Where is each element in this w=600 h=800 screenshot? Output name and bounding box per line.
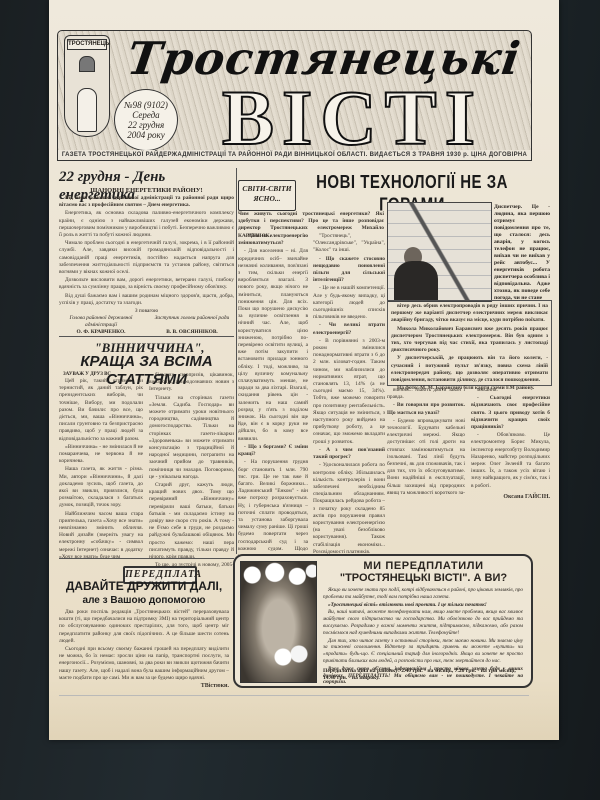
paragraph: Найближчим часом ваша стара приятелька, … bbox=[59, 511, 143, 561]
paragraph: - На порушення грудня борг становить 1 м… bbox=[238, 459, 308, 567]
flower-wreath bbox=[241, 562, 316, 588]
question: - Що скажете стосовно нещодавно поновлен… bbox=[313, 256, 385, 285]
crest-label: ТРОСТЯНЕЦЬ bbox=[67, 39, 107, 50]
photo-caption-box: вітер десь обрив електропроводів в ряду … bbox=[387, 300, 552, 386]
paragraph: «Вінниччина» - не змінилася й не помаран… bbox=[59, 444, 143, 466]
question: - А з чим пов'язаний такий прогрес? bbox=[313, 447, 385, 461]
subscription-headline-1: ДАВАЙТЕ ДРУЖИТИ ДАЛІ, bbox=[59, 580, 229, 593]
paragraph: Чимало проблем сьогодні в енергетичній г… bbox=[59, 240, 234, 276]
paragraph: Сьогодні при всьому своєму бажанні гроше… bbox=[59, 646, 229, 682]
subscription-body: Два роки поспіль редакція „Тростянецьких… bbox=[59, 609, 229, 690]
question: - Сьогодні енергетики відзначають своє п… bbox=[471, 395, 550, 431]
dispatcher-photo bbox=[387, 202, 492, 302]
paragraph: У диспетчерській, де працюють він та йог… bbox=[391, 355, 548, 384]
paragraph: - Удосконалилася робота по контролю облі… bbox=[313, 462, 385, 556]
paragraph: Енергетика, як основна складова паливно-… bbox=[59, 210, 234, 239]
question: - Чи великі втрати електроенергії? bbox=[313, 322, 385, 336]
svity-col-2: "Тростянець", "Олександрівське", "Україн… bbox=[313, 233, 385, 601]
issue-date: 22 грудня bbox=[115, 120, 177, 130]
issue-weekday: Середа bbox=[115, 110, 177, 120]
vinnychchyna-col-1: Цей рік, такий отримав чи тернистий, як … bbox=[59, 378, 143, 562]
paragraph: Тільки на сторінках газети «Земля. Садиб… bbox=[149, 395, 234, 481]
question: - Що з боргами? Є зміни кращі? bbox=[238, 444, 308, 458]
paragraph: Цей рік, такий отримав чи тернистий, як … bbox=[59, 378, 143, 443]
paragraph: Від душі бажаємо вам і вашим родинам міц… bbox=[59, 293, 234, 307]
signatory-right-name: В. В. ОВСЯННІКОВ. bbox=[150, 329, 234, 336]
paragraph: Микола Миколайович Барансвич вже десять … bbox=[391, 326, 548, 355]
svity-title-1: СВІТИ-СВІТИ bbox=[239, 184, 295, 194]
divider bbox=[59, 558, 234, 559]
paragraph: «Тростянецькі вісті» втілюють нові проек… bbox=[323, 602, 523, 609]
dispatcher-text: Диспетчер. Це - людина, яка першою отрим… bbox=[494, 204, 550, 302]
question: - Ціни на електроенергію змінюватимуться… bbox=[238, 233, 308, 247]
caption-body: вітер десь обрив електропроводів в ряду … bbox=[391, 303, 548, 393]
divider bbox=[59, 336, 234, 337]
issue-info: №98 (9102) Середа 22 грудня 2004 року bbox=[114, 89, 178, 151]
paragraph: Два роки поспіль редакція „Тростянецьких… bbox=[59, 609, 229, 645]
issue-year: 2004 року bbox=[115, 130, 177, 140]
signatory-left-title: Голова районної державної адміністрації bbox=[59, 315, 143, 329]
paragraph: - Обов'язково. Це електромонтер Борис Ми… bbox=[471, 432, 550, 490]
question: - Ви говорили про розвиток. Що мається н… bbox=[387, 402, 465, 416]
paragraph: більших сюрпризів, цікавинок, винаходів,… bbox=[149, 372, 234, 394]
subscription-promo-box: МИ ПЕРЕДПЛАТИЛИ "ТРОСТЯНЕЦЬКІ ВІСТІ". А … bbox=[233, 554, 533, 688]
subscription-headline-2: але з Вашою допомогою bbox=[59, 595, 229, 607]
regards-text: З повагою bbox=[59, 308, 234, 315]
paragraph: Ви, наші читачі, можете телефонувати нам… bbox=[323, 609, 523, 636]
promo-headline-2: "ТРОСТЯНЕЦЬКІ ВІСТІ". А ВИ? bbox=[321, 572, 526, 584]
town-crest-icon: ТРОСТЯНЕЦЬ bbox=[64, 35, 110, 137]
paragraph: - Це не в нашій компетенції. Але у будь-… bbox=[313, 285, 385, 321]
paragraph: - В порівнянні з 2003-м роком змінилися … bbox=[313, 338, 385, 446]
paragraph: - Будемо впроваджувати нові технології. … bbox=[387, 418, 465, 497]
vinnychchyna-byline: ЗАУВАЖ У ДРУЗ ВС bbox=[63, 372, 133, 377]
energy-day-body: Від імені районної державної адміністрац… bbox=[59, 195, 234, 308]
promo-price: Передплатна ціна на районку: 2.40 грн. -… bbox=[323, 668, 523, 682]
person-figure bbox=[394, 261, 438, 301]
paragraph: Для тих, хто читає газету з останньої ст… bbox=[323, 638, 523, 665]
masthead-tagline: ГАЗЕТА ТРОСТЯНЕЦЬКОЇ РАЙДЕРЖАДМІНІСТРАЦІ… bbox=[57, 150, 532, 161]
svity-title-2: ЯСНО... bbox=[239, 194, 295, 204]
girl-photo bbox=[240, 561, 317, 683]
paragraph: Від імені районної державної адміністрац… bbox=[59, 195, 234, 209]
column-divider bbox=[236, 168, 237, 554]
issue-number: №98 (9102) bbox=[115, 100, 177, 110]
paragraph: "Тростянець", "Олександрівське", "Україн… bbox=[313, 233, 385, 255]
signatory-right-title: Заступник голови районної ради bbox=[150, 315, 234, 329]
page-bottom-rule bbox=[59, 695, 529, 696]
paragraph: Наша газета, як життя - різна. Ми, автор… bbox=[59, 466, 143, 509]
tech-col-left: вчення... Мають дяяти закон і правда. - … bbox=[387, 387, 465, 498]
paragraph: Дозвольте висловити вам, дорогі енергети… bbox=[59, 277, 234, 291]
paragraph: Якщо ви хочете знати про події, котрі ві… bbox=[323, 587, 523, 601]
energy-day-signatures: З повагою Голова районної державної адмі… bbox=[59, 308, 234, 336]
crest-arch-icon bbox=[77, 88, 97, 132]
masthead: ТРОСТЯНЕЦЬ Тростянецькі №98 (9102) Серед… bbox=[57, 30, 532, 160]
svity-section-box: СВІТИ-СВІТИ ЯСНО... bbox=[238, 180, 296, 211]
paragraph: микання. bbox=[471, 387, 550, 394]
flower-bouquet bbox=[271, 642, 311, 672]
paragraph: Старий друг, кажуть люди, кращий нових д… bbox=[149, 482, 234, 561]
paragraph: - Для населення – ні. Для юридичних осіб… bbox=[238, 248, 308, 442]
newspaper-page: ТРОСТЯНЕЦЬ Тростянецькі №98 (9102) Серед… bbox=[49, 0, 559, 740]
vinnychchyna-col-2: більших сюрпризів, цікавинок, винаходів,… bbox=[149, 372, 234, 578]
energy-day-subhead: ШАНОВНІ ЕНЕРГЕТИКИ РАЙОНУ! bbox=[59, 187, 234, 194]
paragraph: вчення... Мають дяяти закон і правда. bbox=[387, 387, 465, 401]
tech-author: Оксана ГАЙСІН. bbox=[471, 494, 550, 501]
tech-col-right: микання. - Сьогодні енергетики відзначаю… bbox=[471, 387, 550, 501]
signatory-left-name: О. Ф. КРАВЧЕНКО. bbox=[59, 329, 143, 336]
title-line-2: ВІСТІ bbox=[180, 81, 525, 151]
crest-window-icon bbox=[79, 56, 95, 72]
promo-headline-1: МИ ПЕРЕДПЛАТИЛИ bbox=[321, 560, 526, 572]
paragraph: вітер десь обрив електропроводів в ряду … bbox=[391, 303, 548, 325]
subscription-signature: ТВістюки. bbox=[59, 683, 229, 690]
